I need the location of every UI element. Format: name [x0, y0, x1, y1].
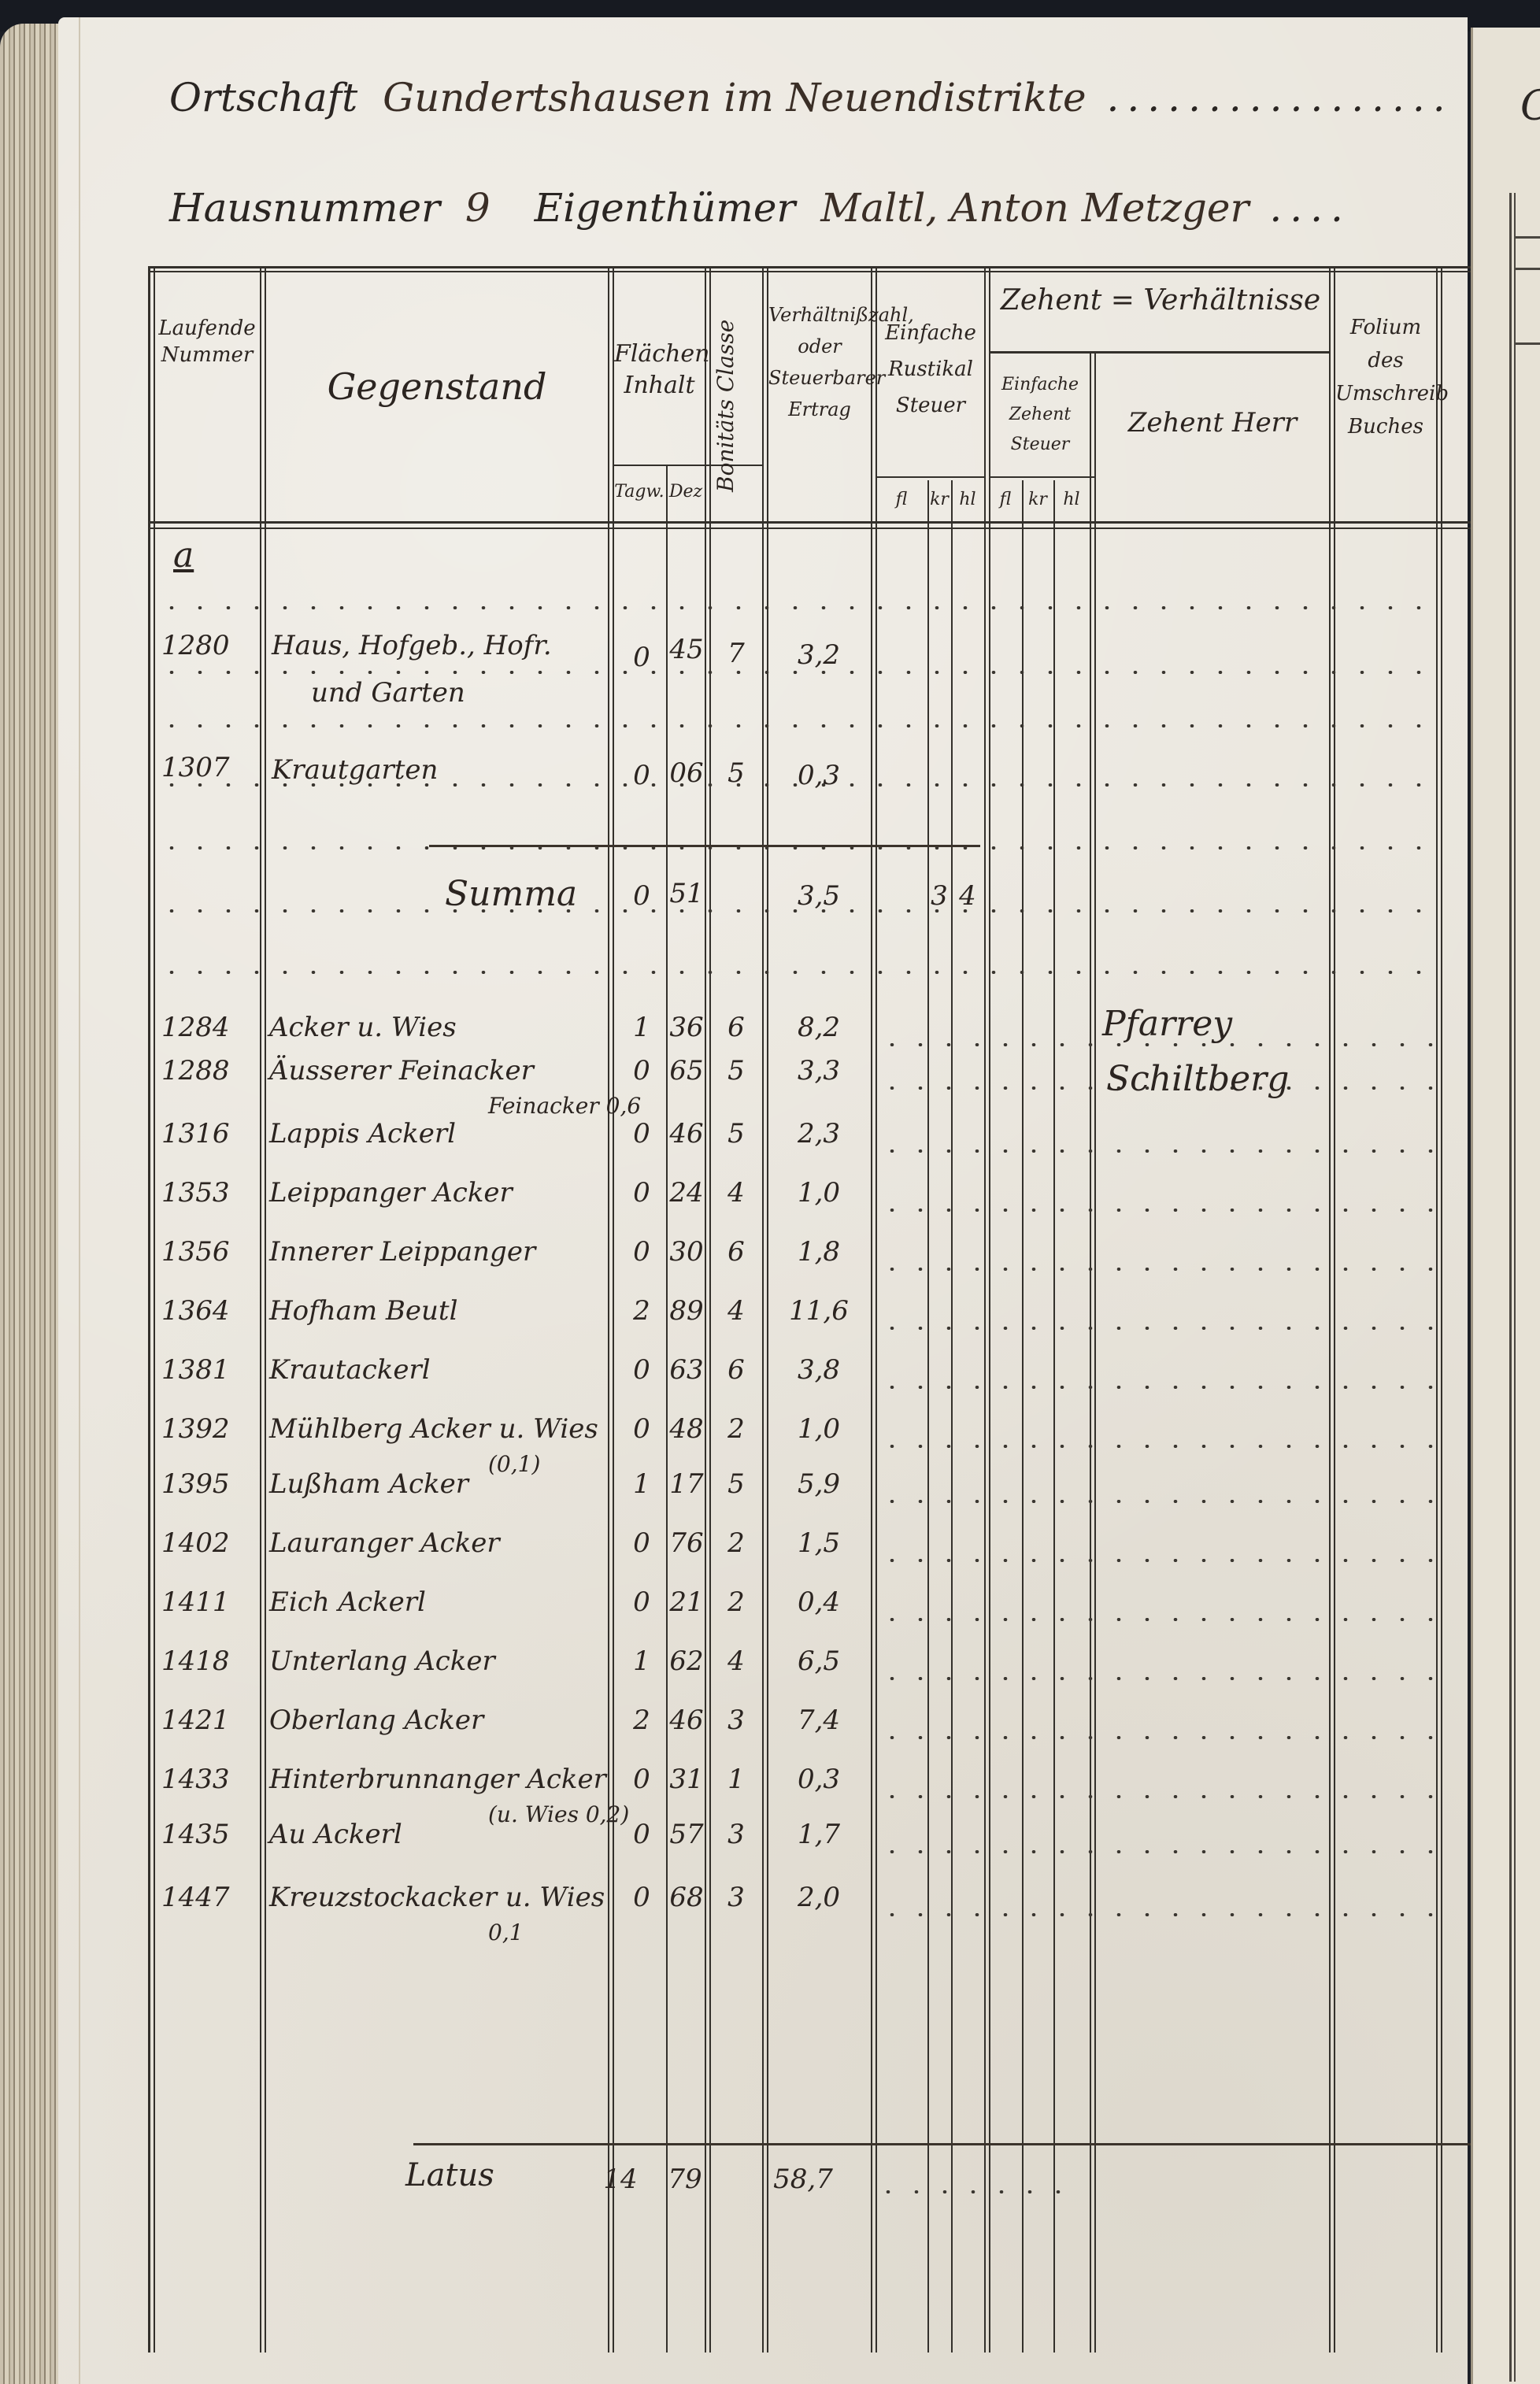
row-classe: 4 [713, 1645, 760, 1677]
summa-hl: 4 [951, 880, 984, 912]
row-tagw: 0 [622, 1764, 661, 1795]
row-dez: 48 [668, 1413, 705, 1445]
row-tagw: 1 [622, 1012, 661, 1043]
dot-guide [878, 1500, 1433, 1503]
row-classe: 2 [713, 1527, 760, 1559]
row-ertrag: 7,4 [776, 1705, 862, 1736]
col-header-zkr: kr [1022, 487, 1053, 513]
col-line-ertrag [871, 266, 872, 2353]
col-line-gegenstand-2 [613, 266, 614, 2353]
row-tagw: 0 [622, 1055, 661, 1086]
dot-guide [878, 1736, 1433, 1739]
row-1280-nr: 1280 [161, 630, 230, 661]
col-line-zkr [1053, 480, 1055, 2353]
header-hausnummer: Hausnummer 9 Eigenthümer Maltl, Anton Me… [169, 185, 1351, 231]
row-gegenstand: Lappis Ackerl [269, 1118, 456, 1149]
dot-guide [878, 1850, 1433, 1853]
col-line-classe [762, 266, 764, 2353]
row-1280-dez: 45 [668, 634, 705, 665]
col-line-zfl [1022, 480, 1024, 2353]
col-line-classe-2 [767, 266, 768, 2353]
col-header-zhl: hl [1053, 487, 1090, 513]
row-gegenstand: Unterlang Acker [269, 1645, 495, 1677]
row-ertrag: 1,7 [776, 1819, 862, 1850]
row-nr: 1447 [161, 1882, 230, 1913]
page-stack-edges [0, 24, 58, 2384]
col-line-left-2 [154, 266, 155, 2353]
summa-label: Summa [445, 874, 577, 914]
row-dez: 62 [668, 1645, 705, 1677]
row-dez: 31 [668, 1764, 705, 1795]
row-ertrag: 1,8 [776, 1236, 862, 1268]
col-header-folium: Folium des Umschreib Buches [1335, 311, 1436, 443]
facing-page-text: Or [1520, 83, 1540, 130]
row-gegenstand: Au Ackerl [269, 1819, 402, 1850]
header-dots: ................. [1107, 75, 1453, 120]
dot-guide [878, 1268, 1433, 1271]
row-nr: 1392 [161, 1413, 230, 1445]
row-dez: 17 [668, 1468, 705, 1500]
row-gegenstand: Oberlang Acker [269, 1705, 483, 1736]
col-line-kr [951, 480, 953, 2353]
col-header-zfl: fl [989, 487, 1022, 513]
row-1307-classe: 5 [713, 757, 760, 789]
row-tagw: 1 [622, 1468, 661, 1500]
latus-label: Latus [405, 2157, 494, 2193]
dot-guide [878, 1445, 1433, 1448]
facing-page-rule [1509, 193, 1512, 2382]
facing-page-rule [1514, 342, 1540, 345]
summa-kr: 3 [927, 880, 951, 912]
steuer-sub-rule [876, 476, 984, 478]
row-tagw: 0 [622, 1882, 661, 1913]
summa-ertrag: 3,5 [776, 880, 862, 912]
row-ertrag: 8,2 [776, 1012, 862, 1043]
row-gegenstand: Krautackerl [269, 1354, 431, 1386]
row-tagw: 1 [622, 1645, 661, 1677]
row-ertrag: 2,3 [776, 1118, 862, 1149]
row-tagw: 0 [622, 1527, 661, 1559]
row-nr: 1411 [161, 1586, 230, 1618]
dot-guide [878, 1795, 1433, 1798]
header-dots: .... [1269, 185, 1351, 231]
row-note: (0,1) [488, 1451, 540, 1477]
row-nr: 1435 [161, 1819, 230, 1850]
dot-guide [878, 1618, 1433, 1621]
col-line-zsteuer-2 [1094, 353, 1096, 2353]
row-dez: 46 [668, 1705, 705, 1736]
row-ertrag: 3,8 [776, 1354, 862, 1386]
row-gegenstand: Lauranger Acker [269, 1527, 500, 1559]
row-classe: 5 [713, 1468, 760, 1500]
col-header-bonitaets-classe: Bonitäts Classe [713, 295, 760, 516]
header-bottom-rule [148, 521, 1480, 524]
zehent-sub-rule [989, 351, 1329, 354]
latus-dez: 79 [661, 2164, 709, 2195]
row-classe: 6 [713, 1236, 760, 1268]
zehent-herr-line1: Pfarrey [1102, 1004, 1232, 1044]
row-tagw: 0 [622, 1177, 661, 1209]
row-tagw: 0 [622, 1586, 661, 1618]
row-1280-gegenstand: Haus, Hofgeb., Hofr. [272, 630, 552, 661]
row-classe: 3 [713, 1705, 760, 1736]
row-note: (u. Wies 0,2) [488, 1801, 629, 1827]
col-header-verhaeltnis: Verhältnißzahl, oder Steuerbarer Ertrag [768, 299, 871, 425]
row-tagw: 0 [622, 1819, 661, 1850]
row-nr: 1395 [161, 1468, 230, 1500]
row-dez: 21 [668, 1586, 705, 1618]
row-1307-tagw: 0 [622, 760, 661, 791]
col-line-fl [927, 480, 929, 2353]
row-tagw: 0 [622, 1413, 661, 1445]
row-1307-ertrag: 0,3 [776, 760, 862, 791]
col-header-zehent-herr: Zehent Herr [1096, 409, 1329, 436]
row-nr: 1356 [161, 1236, 230, 1268]
row-tagw: 2 [622, 1705, 661, 1736]
dot-guide [157, 971, 1433, 974]
dot-guide [878, 1149, 1433, 1153]
col-header-flaecheninhalt: Flächen Inhalt [614, 339, 705, 402]
row-classe: 2 [713, 1586, 760, 1618]
row-gegenstand: Hinterbrunnanger Acker [269, 1764, 606, 1795]
row-ertrag: 1,0 [776, 1177, 862, 1209]
row-nr: 1381 [161, 1354, 230, 1386]
col-header-einfache-steuer: Einfache Rustikal Steuer [877, 315, 984, 424]
row-classe: 2 [713, 1413, 760, 1445]
row-dez: 68 [668, 1882, 705, 1913]
facing-page-rule [1514, 236, 1540, 239]
row-dez: 89 [668, 1295, 705, 1327]
row-ertrag: 6,5 [776, 1645, 862, 1677]
hausnummer-value: 9 [465, 185, 491, 231]
col-line-zsteuer [1090, 353, 1091, 2353]
row-dez: 24 [668, 1177, 705, 1209]
table-top-rule-2 [148, 271, 1480, 272]
row-1280-gegenstand-2: und Garten [311, 677, 465, 709]
summa-tagw: 0 [622, 880, 661, 912]
col-header-gegenstand: Gegenstand [268, 366, 606, 407]
row-tagw: 2 [622, 1295, 661, 1327]
page-fold-line [79, 17, 80, 2384]
col-header-kr: kr [927, 487, 951, 513]
col-header-fl: fl [876, 487, 927, 513]
row-ertrag: 3,3 [776, 1055, 862, 1086]
header-bottom-rule-2 [148, 528, 1480, 529]
col-header-einfache-zehent-steuer: Einfache Zehent Steuer [990, 370, 1090, 460]
row-classe: 3 [713, 1819, 760, 1850]
dot-guide [878, 1327, 1433, 1330]
col-header-hl: hl [951, 487, 984, 513]
row-ertrag: 11,6 [776, 1295, 862, 1327]
row-gegenstand: Innerer Leippanger [269, 1236, 535, 1268]
col-line-right-2 [1441, 266, 1442, 2353]
dot-guide [874, 2190, 1071, 2193]
row-note: Feinacker 0,6 [488, 1093, 641, 1119]
row-1280-tagw: 0 [622, 642, 661, 673]
table-top-rule [148, 266, 1480, 268]
row-1280-ertrag: 3,2 [776, 639, 862, 671]
facing-page-rule [1514, 268, 1540, 270]
col-header-tagw: Tagw. [613, 479, 666, 505]
col-line-left [148, 266, 150, 2353]
row-ertrag: 0,3 [776, 1764, 862, 1795]
ortschaft-value: Gundertshausen im Neuendistrikte [383, 75, 1086, 120]
dot-guide [157, 606, 1433, 609]
row-1307-gegenstand: Krautgarten [272, 754, 438, 786]
header-ortschaft: Ortschaft Gundertshausen im Neuendistrik… [169, 75, 1453, 120]
dot-guide [878, 1677, 1433, 1680]
hausnummer-label: Hausnummer [169, 185, 440, 231]
row-nr: 1402 [161, 1527, 230, 1559]
dot-guide [878, 1559, 1433, 1562]
row-classe: 5 [713, 1055, 760, 1086]
col-line-tagw [666, 465, 668, 2353]
row-dez: 30 [668, 1236, 705, 1268]
row-tagw: 0 [622, 1354, 661, 1386]
row-gegenstand: Leippanger Acker [269, 1177, 513, 1209]
row-dez: 46 [668, 1118, 705, 1149]
row-dez: 76 [668, 1527, 705, 1559]
col-header-zehent-verhaeltnisse: Zehent = Verhältnisse [992, 287, 1329, 314]
row-classe: 1 [713, 1764, 760, 1795]
row-tagw: 0 [622, 1236, 661, 1268]
row-note: 0,1 [488, 1919, 524, 1945]
row-nr: 1433 [161, 1764, 230, 1795]
row-classe: 4 [713, 1177, 760, 1209]
row-nr: 1288 [161, 1055, 230, 1086]
row-gegenstand: Kreuzstockacker u. Wies [269, 1882, 605, 1913]
row-1307-nr: 1307 [161, 752, 230, 783]
eigenthuemer-value: Maltl, Anton Metzger [820, 185, 1249, 231]
col-line-dez-2 [709, 266, 711, 2353]
zsteuer-sub-rule [989, 476, 1094, 478]
row-classe: 4 [713, 1295, 760, 1327]
row-dez: 63 [668, 1354, 705, 1386]
row-classe: 6 [713, 1354, 760, 1386]
col-line-nr-2 [265, 266, 266, 2353]
row-classe: 6 [713, 1012, 760, 1043]
row-nr: 1364 [161, 1295, 230, 1327]
row-nr: 1316 [161, 1118, 230, 1149]
row-gegenstand: Eich Ackerl [269, 1586, 426, 1618]
row-ertrag: 5,9 [776, 1468, 862, 1500]
row-dez: 36 [668, 1012, 705, 1043]
row-1307-dez: 06 [668, 757, 705, 789]
col-line-steuer [984, 266, 986, 2353]
row-1280-classe: 7 [713, 638, 760, 669]
col-line-nr [260, 266, 261, 2353]
row-dez: 57 [668, 1819, 705, 1850]
row-gegenstand: Hofham Beutl [269, 1295, 457, 1327]
row-ertrag: 2,0 [776, 1882, 862, 1913]
row-ertrag: 0,4 [776, 1586, 862, 1618]
dot-guide [878, 1913, 1433, 1916]
eigenthuemer-label: Eigenthümer [535, 185, 796, 231]
row-nr: 1353 [161, 1177, 230, 1209]
col-line-zherr-2 [1334, 266, 1335, 2353]
row-tagw: 0 [622, 1118, 661, 1149]
col-line-ertrag-2 [876, 266, 877, 2353]
facing-page-fragment: Or [1471, 28, 1540, 2384]
row-nr: 1421 [161, 1705, 230, 1736]
summa-dez: 51 [668, 878, 705, 909]
summa-rule [429, 845, 980, 847]
col-line-steuer-2 [989, 266, 990, 2353]
row-gegenstand: Äusserer Feinacker [269, 1055, 534, 1086]
facing-page-rule [1514, 193, 1516, 2382]
row-classe: 3 [713, 1882, 760, 1913]
dot-guide [878, 1209, 1433, 1212]
col-line-zherr [1329, 266, 1331, 2353]
row-gegenstand: Mühlberg Acker u. Wies [269, 1413, 598, 1445]
ortschaft-label: Ortschaft [169, 75, 357, 120]
dot-guide [157, 724, 1433, 727]
row-gegenstand: Acker u. Wies [269, 1012, 457, 1043]
col-header-laufende-nummer: Laufende Nummer [154, 315, 260, 368]
row-ertrag: 1,0 [776, 1413, 862, 1445]
latus-rule [413, 2143, 1480, 2145]
row-gegenstand: Lußham Acker [269, 1468, 468, 1500]
row-classe: 5 [713, 1118, 760, 1149]
col-line-right [1436, 266, 1438, 2353]
zehent-herr-line2: Schiltberg [1106, 1059, 1289, 1099]
dot-guide [878, 1386, 1433, 1389]
col-header-dez: Dez [666, 479, 705, 505]
col-line-gegenstand [608, 266, 609, 2353]
row-ertrag: 1,5 [776, 1527, 862, 1559]
row-nr: 1284 [161, 1012, 230, 1043]
latus-tagw: 14 [589, 2164, 652, 2195]
latus-ertrag: 58,7 [760, 2164, 846, 2195]
section-marker: a [173, 535, 194, 576]
row-nr: 1418 [161, 1645, 230, 1677]
row-dez: 65 [668, 1055, 705, 1086]
dot-guide [157, 671, 1433, 674]
